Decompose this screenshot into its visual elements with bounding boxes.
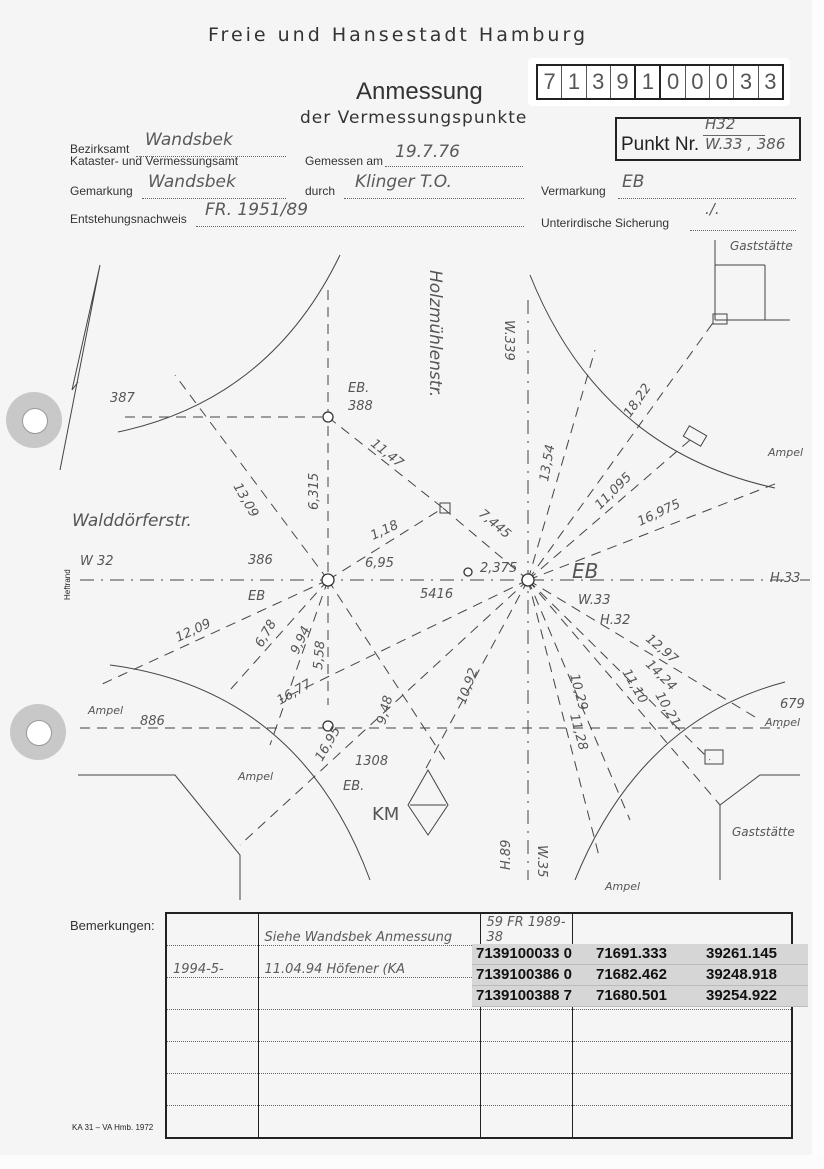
remarks-cell [166,1042,258,1074]
svg-text:2,375: 2,375 [480,561,517,576]
coordinate-x: 71682.462 [596,965,706,985]
coordinate-y: 39254.922 [706,986,806,1006]
remarks-cell [480,1106,572,1139]
svg-text:11,28: 11,28 [566,712,590,752]
svg-text:6,78: 6,78 [252,617,279,650]
svg-text:886: 886 [140,714,165,729]
coordinate-y: 39261.145 [706,944,806,964]
svg-text:EB: EB [248,589,265,604]
svg-text:W.33: W.33 [578,593,610,608]
remarks-cell [166,913,258,946]
svg-text:11,47: 11,47 [368,436,407,471]
remarks-cell: 11.04.94 Höfener (KA [258,946,480,978]
svg-text:EB.: EB. [343,779,364,794]
north-arrow-icon [60,265,100,470]
remarks-cell [166,1106,258,1139]
svg-text:Ampel: Ampel [87,704,123,717]
form-code: KA 31 – VA Hmb. 1972 [72,1123,153,1132]
remarks-cell [572,1106,792,1139]
coordinate-id: 7139100033 0 [476,944,596,964]
remarks-cell [258,1106,480,1139]
svg-text:Gaststätte: Gaststätte [730,239,793,253]
svg-text:16,77: 16,77 [275,677,315,709]
remarks-cell [258,1010,480,1042]
remarks-row [166,1106,792,1139]
svg-text:10,92: 10,92 [455,666,482,706]
remarks-cell [480,1010,572,1042]
svg-text:388: 388 [348,399,373,414]
coordinate-stamp: 7139100033 071691.33339261.1457139100386… [472,944,808,1007]
svg-text:679: 679 [780,697,805,712]
remarks-cell [572,1074,792,1106]
survey-sketch: 387 EB. 388 386 EB W 32 H.33 EB W.33 H.3… [0,0,824,900]
remarks-cell [166,1010,258,1042]
svg-text:12,09: 12,09 [173,616,213,645]
remarks-cell [258,978,480,1010]
svg-text:Ampel: Ampel [604,880,640,893]
svg-text:W.339: W.339 [501,320,516,361]
remarks-cell [572,1042,792,1074]
svg-text:EB.: EB. [348,381,369,396]
scan-edge-bottom [0,1155,824,1169]
remarks-cell [480,1074,572,1106]
coordinate-row: 7139100033 071691.33339261.145 [472,944,808,965]
svg-text:5,58: 5,58 [311,640,328,670]
remarks-cell [166,978,258,1010]
remarks-cell [258,1042,480,1074]
svg-text:10,29: 10,29 [566,672,590,712]
coordinate-x: 71691.333 [596,944,706,964]
svg-text:Ampel: Ampel [237,770,273,783]
svg-text:6,315: 6,315 [307,473,322,510]
svg-text:11,095: 11,095 [592,470,635,513]
svg-text:5416: 5416 [420,587,453,602]
svg-text:Ampel: Ampel [764,716,800,729]
remarks-cell: 59 FR 1989-38 [480,913,572,946]
remarks-row [166,1074,792,1106]
remarks-row [166,1010,792,1042]
svg-text:9,48: 9,48 [374,694,396,726]
remarks-cell [480,1042,572,1074]
svg-text:6,95: 6,95 [365,556,394,571]
svg-text:EB: EB [572,559,598,583]
svg-text:Walddörferstr.: Walddörferstr. [72,511,192,531]
svg-text:KM: KM [372,804,399,825]
svg-text:7,445: 7,445 [475,507,513,542]
coordinate-row: 7139100388 771680.50139254.922 [472,986,808,1007]
svg-text:H.89: H.89 [499,840,514,870]
svg-text:9,94: 9,94 [288,624,314,657]
svg-text:W 32: W 32 [80,554,114,569]
remarks-cell [572,1010,792,1042]
remarks-label: Bemerkungen: [70,918,155,933]
svg-text:386: 386 [248,553,273,568]
svg-text:1308: 1308 [355,754,388,769]
svg-text:11,10: 11,10 [619,667,651,707]
svg-text:Heftrand: Heftrand [63,569,72,600]
svg-text:387: 387 [110,391,136,406]
remarks-cell [572,913,792,946]
svg-text:H.33: H.33 [770,571,800,586]
svg-text:Gaststätte: Gaststätte [732,825,795,839]
svg-text:1,18: 1,18 [368,518,401,544]
svg-text:W.35: W.35 [534,845,549,877]
coordinate-id: 7139100388 7 [476,986,596,1006]
svg-text:Holzmühlenstr.: Holzmühlenstr. [425,270,445,397]
coordinate-id: 7139100386 0 [476,965,596,985]
svg-text:13,54: 13,54 [537,443,558,482]
remarks-cell [258,1074,480,1106]
remarks-row [166,1042,792,1074]
remarks-cell: Siehe Wandsbek Anmessung [258,913,480,946]
svg-text:Ampel: Ampel [767,446,803,459]
remarks-cell: 1994-5- [166,946,258,978]
coordinate-x: 71680.501 [596,986,706,1006]
svg-text:18,22: 18,22 [621,381,655,420]
svg-text:10,21: 10,21 [652,690,684,730]
svg-text:H.32: H.32 [600,613,630,628]
coordinate-row: 7139100386 071682.46239248.918 [472,965,808,986]
svg-text:16,95: 16,95 [312,724,344,764]
svg-text:16,975: 16,975 [635,497,683,530]
remarks-cell [166,1074,258,1106]
coordinate-y: 39248.918 [706,965,806,985]
remarks-row: Siehe Wandsbek Anmessung59 FR 1989-38 [166,913,792,946]
svg-text:13,09: 13,09 [230,481,262,521]
